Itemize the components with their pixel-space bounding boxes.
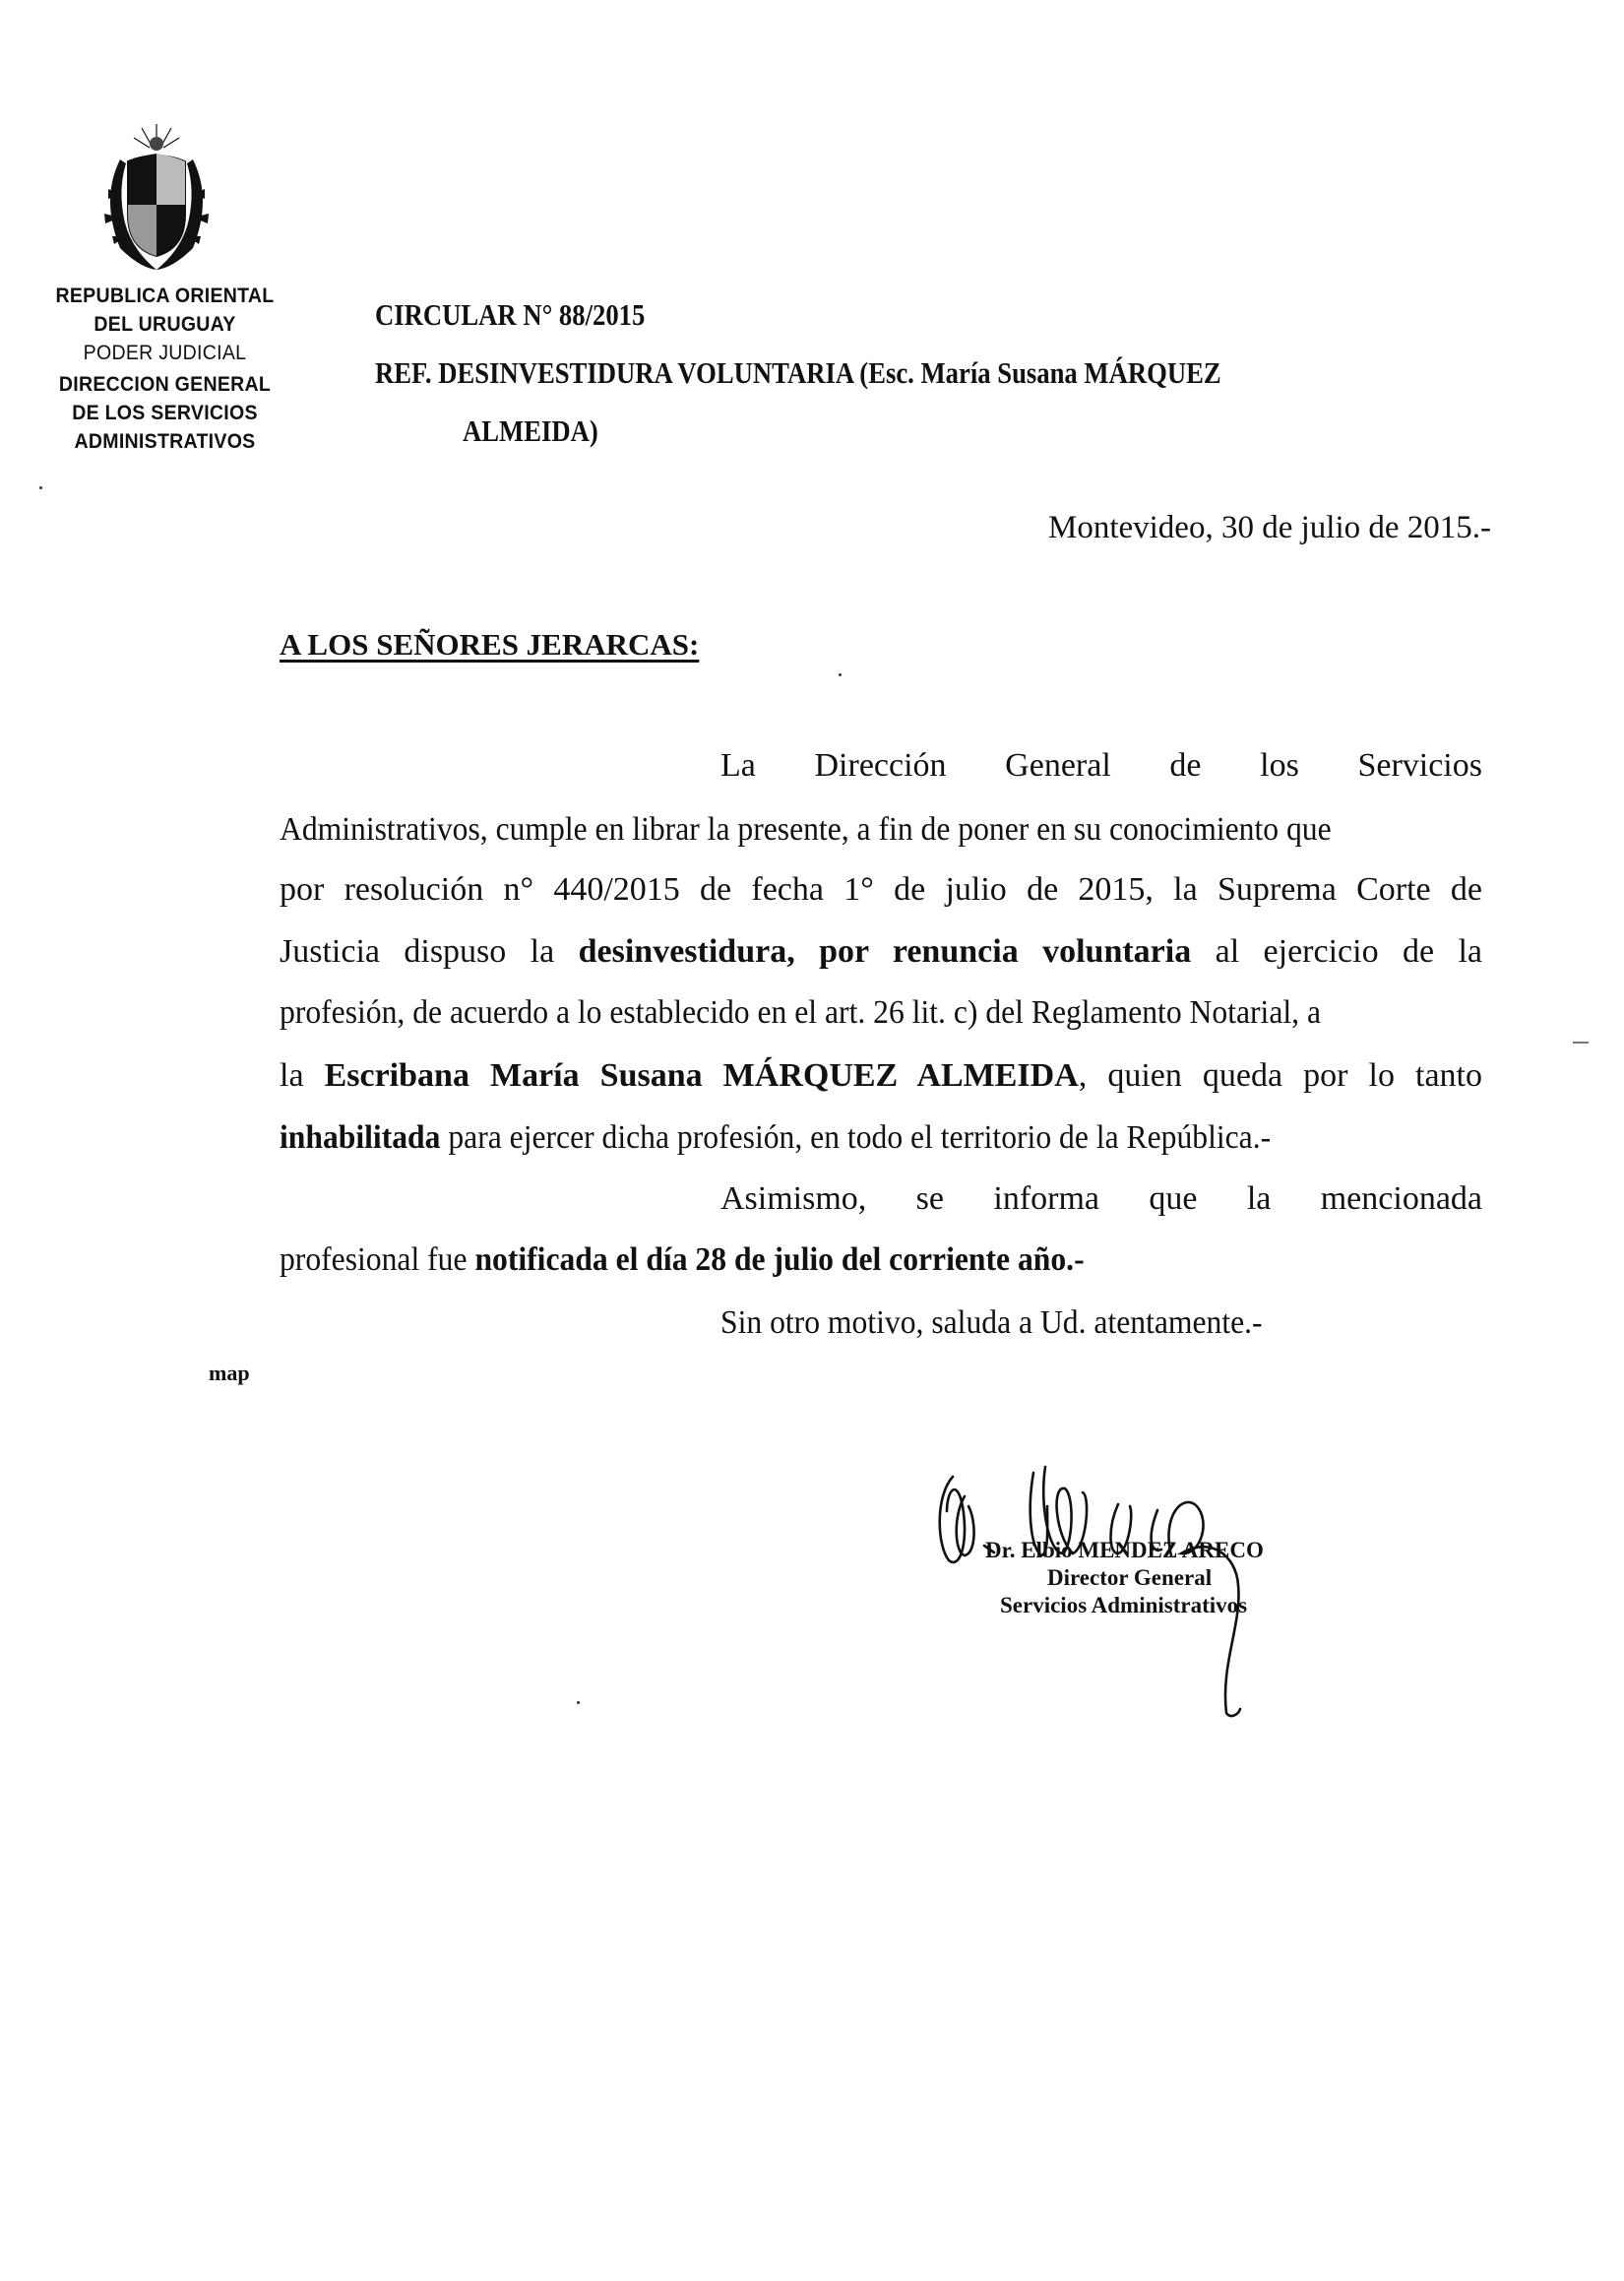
org-line-country-1: REPUBLICA ORIENTAL — [48, 282, 281, 310]
date-line: Montevideo, 30 de julio de 2015.- — [1048, 510, 1491, 546]
scan-speck — [577, 1701, 580, 1704]
org-line-country-2: DEL URUGUAY — [48, 310, 281, 339]
signatory-name: Dr. Elbio MENDEZ ARECO — [985, 1538, 1264, 1563]
body-p2-line1: Asimismo, se informa que la mencionada — [720, 1179, 1482, 1219]
letterhead-org-block: REPUBLICA ORIENTAL DEL URUGUAY PODER JUD… — [39, 282, 290, 456]
reference-line: REF. DESINVESTIDURA VOLUNTARIA (Esc. Mar… — [375, 355, 1221, 391]
body-p1-line3: por resolución n° 440/2015 de fecha 1° d… — [280, 870, 1482, 910]
emphasis-notificada: notificada el día 28 de julio del corrie… — [474, 1241, 1084, 1278]
circular-number: CIRCULAR N° 88/2015 — [375, 297, 645, 333]
emphasis-escribana-name: Escribana María Susana MÁRQUEZ ALMEIDA — [325, 1057, 1079, 1094]
body-p1-line4: Justicia dispuso la desinvestidura, por … — [280, 932, 1482, 972]
body-p1-line2: Administrativos, cumple en librar la pre… — [280, 810, 1398, 850]
body-p1-line5: profesión, de acuerdo a lo establecido e… — [280, 993, 1398, 1033]
body-p1-line1: La Dirección General de los Servicios — [720, 746, 1482, 786]
body-p1-line7: inhabilitada para ejercer dicha profesió… — [280, 1118, 1398, 1158]
emphasis-inhabilitada: inhabilitada — [280, 1119, 440, 1156]
signatory-department: Servicios Administrativos — [1000, 1593, 1247, 1618]
reference-line-continued: ALMEIDA) — [463, 413, 598, 449]
scan-speck — [39, 486, 42, 489]
closing-line: Sin otro motivo, saluda a Ud. atentament… — [720, 1303, 1624, 1343]
scan-speck — [839, 673, 842, 676]
typist-initials: map — [209, 1361, 250, 1386]
signatory-title: Director General — [1047, 1565, 1212, 1591]
org-line-direccion: DIRECCION GENERAL — [48, 370, 281, 399]
body-p2-line2: profesional fue notificada el día 28 de … — [280, 1240, 1398, 1280]
body-p1-line6: la Escribana María Susana MÁRQUEZ ALMEID… — [280, 1056, 1482, 1096]
org-line-judicial: PODER JUDICIAL — [48, 339, 281, 367]
org-line-servicios: DE LOS SERVICIOS — [48, 399, 281, 427]
org-line-administrativos: ADMINISTRATIVOS — [48, 427, 281, 456]
coat-of-arms-icon — [91, 120, 222, 274]
emphasis-desinvestidura: desinvestidura, por renuncia voluntaria — [579, 933, 1192, 970]
scan-mark — [1573, 1042, 1589, 1044]
salutation: A LOS SEÑORES JERARCAS: — [280, 627, 699, 663]
